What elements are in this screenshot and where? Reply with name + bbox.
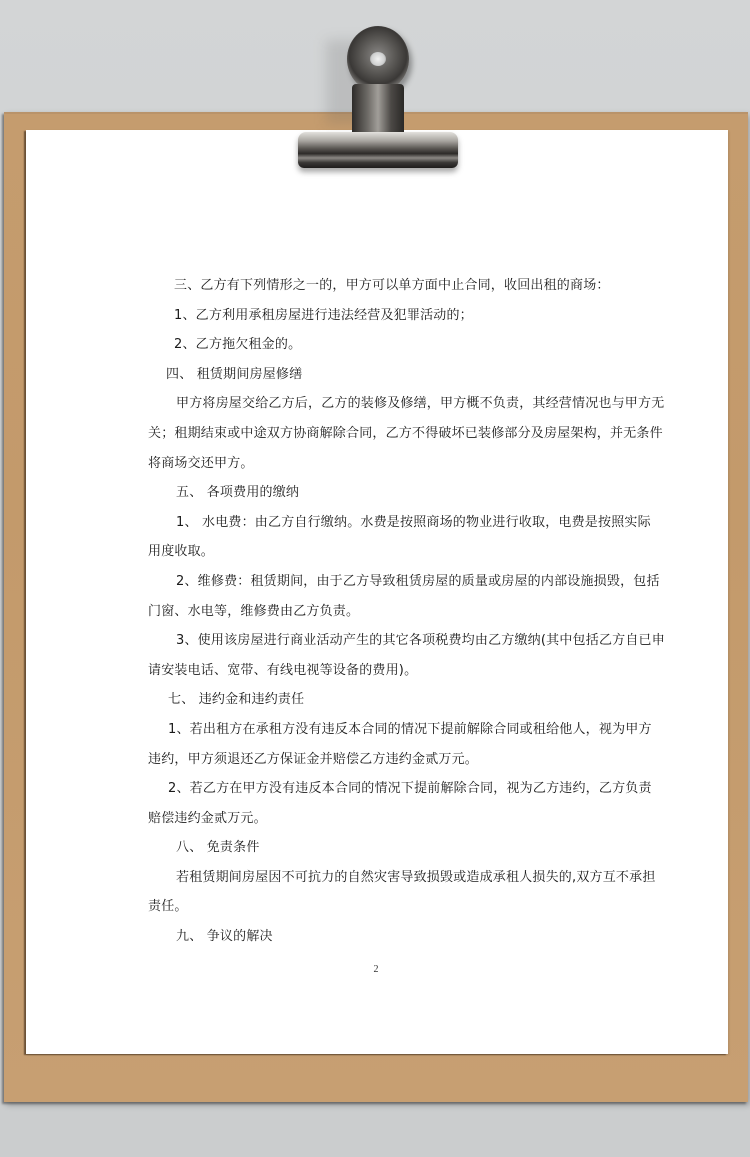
line-text: 违约，甲方须退还乙方保证金并赔偿乙方违约金贰万元。 bbox=[148, 752, 478, 767]
document-line: 三、乙方有下列情形之一的，甲方可以单方面中止合同，收回出租的商场： bbox=[148, 274, 608, 304]
section-heading: 七、 违约金和违约责任 bbox=[148, 688, 608, 718]
line-text: 若租赁期间房屋因不可抗力的自然灾害导致损毁或造成承租人损失的,双方互不承担 bbox=[176, 870, 656, 885]
line-text: 责任。 bbox=[148, 899, 188, 914]
line-text: 请安装电话、宽带、有线电视等设备的费用)。 bbox=[148, 663, 417, 678]
section-heading: 八、 免责条件 bbox=[148, 836, 608, 866]
line-text: 3、使用该房屋进行商业活动产生的其它各项税费均由乙方缴纳(其中包括乙方自已申 bbox=[176, 633, 665, 648]
document-line: 将商场交还甲方。 bbox=[148, 452, 608, 482]
line-text: 2、乙方拖欠租金的。 bbox=[174, 337, 301, 352]
line-text: 1、 水电费：由乙方自行缴纳。水费是按照商场的物业进行收取，电费是按照实际 bbox=[176, 515, 651, 530]
document-line: 2、维修费：租赁期间，由于乙方导致租赁房屋的质量或房屋的内部设施损毁，包括 bbox=[148, 570, 608, 600]
document-line: 门窗、水电等，维修费由乙方负责。 bbox=[148, 600, 608, 630]
document-body: 三、乙方有下列情形之一的，甲方可以单方面中止合同，收回出租的商场： 1、乙方利用… bbox=[148, 274, 608, 955]
line-text: 用度收取。 bbox=[148, 544, 214, 559]
binder-clip-icon bbox=[298, 132, 458, 168]
line-text: 1、乙方利用承租房屋进行违法经营及犯罪活动的； bbox=[174, 308, 473, 323]
line-text: 四、 租赁期间房屋修缮 bbox=[166, 367, 302, 382]
document-line: 用度收取。 bbox=[148, 540, 608, 570]
binder-clip-neck bbox=[352, 84, 404, 132]
document-line: 赔偿违约金贰万元。 bbox=[148, 807, 608, 837]
document-line: 请安装电话、宽带、有线电视等设备的费用)。 bbox=[148, 659, 608, 689]
document-line: 2、若乙方在甲方没有违反本合同的情况下提前解除合同，视为乙方违约，乙方负责 bbox=[148, 777, 608, 807]
line-text: 八、 免责条件 bbox=[176, 840, 260, 855]
line-text: 关；租期结束或中途双方协商解除合同，乙方不得破坏已装修部分及房屋架构，并无条件 bbox=[148, 426, 663, 441]
page-number: 2 bbox=[366, 964, 386, 975]
line-text: 1、若出租方在承租方没有违反本合同的情况下提前解除合同或租给他人，视为甲方 bbox=[168, 722, 652, 737]
line-text: 五、 各项费用的缴纳 bbox=[176, 485, 299, 500]
document-line: 若租赁期间房屋因不可抗力的自然灾害导致损毁或造成承租人损失的,双方互不承担 bbox=[148, 866, 608, 896]
section-heading: 九、 争议的解决 bbox=[148, 925, 608, 955]
line-text: 2、维修费：租赁期间，由于乙方导致租赁房屋的质量或房屋的内部设施损毁，包括 bbox=[176, 574, 660, 589]
line-text: 九、 争议的解决 bbox=[176, 929, 273, 944]
document-line: 1、 水电费：由乙方自行缴纳。水费是按照商场的物业进行收取，电费是按照实际 bbox=[148, 511, 608, 541]
document-line: 1、乙方利用承租房屋进行违法经营及犯罪活动的； bbox=[148, 304, 608, 334]
line-text: 甲方将房屋交给乙方后，乙方的装修及修缮，甲方概不负责，其经营情况也与甲方无 bbox=[176, 396, 664, 411]
document-line: 关；租期结束或中途双方协商解除合同，乙方不得破坏已装修部分及房屋架构，并无条件 bbox=[148, 422, 608, 452]
document-line: 违约，甲方须退还乙方保证金并赔偿乙方违约金贰万元。 bbox=[148, 748, 608, 778]
section-heading: 四、 租赁期间房屋修缮 bbox=[148, 363, 608, 393]
line-text: 门窗、水电等，维修费由乙方负责。 bbox=[148, 604, 359, 619]
document-line: 2、乙方拖欠租金的。 bbox=[148, 333, 608, 363]
section-heading: 五、 各项费用的缴纳 bbox=[148, 481, 608, 511]
line-text: 三、乙方有下列情形之一的，甲方可以单方面中止合同，收回出租的商场： bbox=[174, 278, 610, 293]
document-line: 1、若出租方在承租方没有违反本合同的情况下提前解除合同或租给他人，视为甲方 bbox=[148, 718, 608, 748]
document-line: 甲方将房屋交给乙方后，乙方的装修及修缮，甲方概不负责，其经营情况也与甲方无 bbox=[148, 392, 608, 422]
document-line: 3、使用该房屋进行商业活动产生的其它各项税费均由乙方缴纳(其中包括乙方自已申 bbox=[148, 629, 608, 659]
line-text: 七、 违约金和违约责任 bbox=[168, 692, 304, 707]
line-text: 2、若乙方在甲方没有违反本合同的情况下提前解除合同，视为乙方违约，乙方负责 bbox=[168, 781, 652, 796]
document-line: 责任。 bbox=[148, 895, 608, 925]
binder-clip-hole bbox=[370, 52, 386, 66]
line-text: 赔偿违约金贰万元。 bbox=[148, 811, 267, 826]
line-text: 将商场交还甲方。 bbox=[148, 456, 254, 471]
